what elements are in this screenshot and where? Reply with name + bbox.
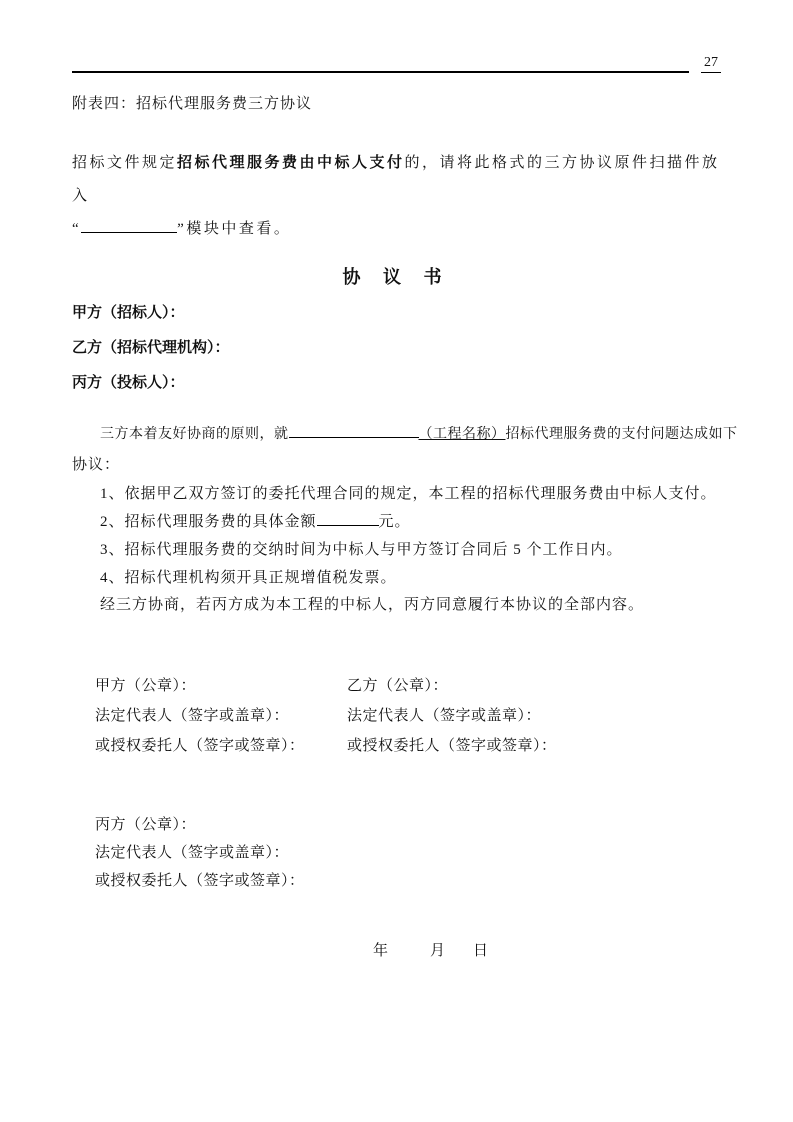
party-c-line: 丙方（投标人）： <box>72 372 721 394</box>
document-title: 协 议 书 <box>72 264 721 290</box>
party-c-legal-rep-label: 法定代表人（签字或盖章）： <box>95 839 721 867</box>
party-a-agent-label: 或授权委托人（签字或签章）： <box>95 731 347 761</box>
amount-blank <box>317 511 379 526</box>
intro-line-2: “”模块中查看。 <box>72 213 721 246</box>
intro-text-after-blank: ”模块中查看。 <box>177 221 291 237</box>
page-header: 27 <box>72 0 721 73</box>
party-a-line: 甲方（招标人）： <box>72 302 721 324</box>
party-a-legal-rep-label: 法定代表人（签字或盖章）： <box>95 701 347 731</box>
agreement-note: 经三方协商，若丙方成为本工程的中标人，丙方同意履行本协议的全部内容。 <box>72 594 721 616</box>
intro-line-1: 招标文件规定招标代理服务费由中标人支付的，请将此格式的三方协议原件扫描件放入 <box>72 147 721 213</box>
party-c-seal-label: 丙方（公章）： <box>95 811 721 839</box>
document-page: 27 附表四：招标代理服务费三方协议 招标文件规定招标代理服务费由中标人支付的，… <box>0 0 793 1122</box>
intro-paragraph: 招标文件规定招标代理服务费由中标人支付的，请将此格式的三方协议原件扫描件放入 “… <box>72 147 721 246</box>
clause-2-text-pre: 2、招标代理服务费的具体金额 <box>100 514 317 530</box>
header-rule <box>72 71 689 73</box>
party-a-seal-label: 甲方（公章）： <box>95 671 347 701</box>
project-name-blank <box>289 423 419 438</box>
intro-text-normal-1: 招标文件规定 <box>72 155 177 171</box>
date-line: 年月日 <box>72 940 721 962</box>
module-name-blank <box>81 218 177 233</box>
party-b-line: 乙方（招标代理机构）： <box>72 337 721 359</box>
preamble-line-1: 三方本着友好协商的原则，就（工程名称）招标代理服务费的支付问题达成如下 <box>72 420 721 450</box>
clause-2: 2、招标代理服务费的具体金额元。 <box>72 508 721 536</box>
party-b-legal-rep-label: 法定代表人（签字或盖章）： <box>347 701 721 731</box>
preamble-text-post: 招标代理服务费的支付问题达成如下 <box>506 427 738 442</box>
clause-2-text-post: 元。 <box>379 514 411 530</box>
preamble-line-2: 协议： <box>72 450 721 480</box>
party-b-seal-label: 乙方（公章）： <box>347 671 721 701</box>
signature-block-c: 丙方（公章）： 法定代表人（签字或盖章）： 或授权委托人（签字或签章）： <box>72 811 721 895</box>
date-month-label: 月 <box>430 943 445 959</box>
preamble-text-pre: 三方本着友好协商的原则，就 <box>100 427 289 442</box>
page-number: 27 <box>701 55 721 73</box>
preamble-paragraph: 三方本着友好协商的原则，就（工程名称）招标代理服务费的支付问题达成如下 协议： <box>72 420 721 480</box>
clause-4: 4、招标代理机构须开具正规增值税发票。 <box>72 564 721 592</box>
clause-1: 1、依据甲乙双方签订的委托代理合同的规定，本工程的招标代理服务费由中标人支付。 <box>72 480 721 508</box>
party-b-agent-label: 或授权委托人（签字或签章）： <box>347 731 721 761</box>
signature-block-ab: 甲方（公章）： 乙方（公章）： 法定代表人（签字或盖章）： 法定代表人（签字或盖… <box>72 671 721 761</box>
open-quote: “ <box>72 221 81 237</box>
clause-3: 3、招标代理服务费的交纳时间为中标人与甲方签订合同后 5 个工作日内。 <box>72 536 721 564</box>
project-name-caption: （工程名称） <box>419 427 506 442</box>
appendix-title: 附表四：招标代理服务费三方协议 <box>72 93 721 115</box>
date-day-label: 日 <box>473 943 488 959</box>
intro-text-bold: 招标代理服务费由中标人支付 <box>177 155 405 171</box>
party-c-agent-label: 或授权委托人（签字或签章）： <box>95 867 721 895</box>
date-year-label: 年 <box>373 943 388 959</box>
